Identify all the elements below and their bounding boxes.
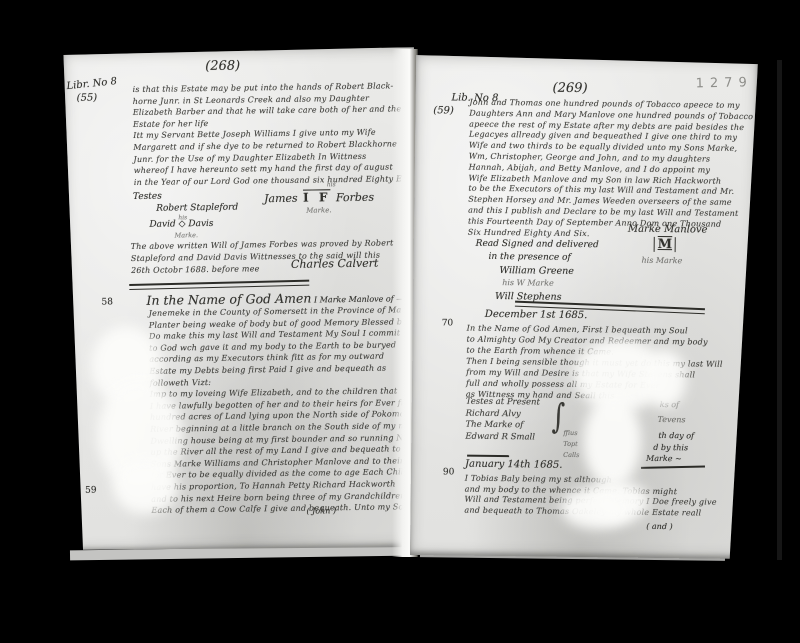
manuscript-text-line: Calls [563,450,579,461]
december-entry-date: December 1st 1685. [485,309,588,321]
testator-mark-glyph: I F [301,190,333,204]
manuscript-text-line: Testes at Present [466,397,540,409]
testes-underline-rule [467,455,509,457]
testator-signature-forbes: James I F Forbes [264,190,374,206]
left-margin-entry-number-58: 58 [101,297,113,307]
testator-last-name: Forbes [336,191,374,205]
manuscript-text-line: Richard Alvy [466,408,540,420]
manuscript-text-line: ffius [563,428,579,439]
microfilm-scan-viewport: (268) Libr. No 8 (55) is that this Estat… [0,0,800,643]
right-margin-entry-number-70: 70 [442,318,454,328]
mark-underline-rule [641,465,705,468]
right-margin-entry-number-90: 90 [443,467,455,477]
edge-fragment-text: th day of [658,431,694,440]
right-catchword: ( and ) [646,522,672,531]
testator-mark-note-bottom: Marke. [306,206,331,214]
testator-mark-note-top: his [327,181,336,188]
left-catchword: ( John ) [306,506,336,515]
right-page: (269) 1279 Lib. No 8 (59) John and Thoma… [410,55,758,559]
pencil-folio-number: 1279 [696,75,753,91]
attestation-line-2: in the presence of [488,252,570,263]
forbes-will-text: is that this Estate may be put into the … [132,80,419,188]
manuscript-text-line: Topt [563,439,579,450]
left-page: (268) Libr. No 8 (55) is that this Estat… [62,47,421,552]
edge-fragment-text: Marke ~ [646,454,682,463]
manlove-will-continuation-text: John and Thomas one hundred pounds of To… [468,98,754,242]
damage-blotch [583,395,642,488]
witness-signature-greene: William Greene [499,265,574,277]
witness-mark-note: his W Marke [502,278,554,288]
edge-fragment-text: Tevens [658,415,686,424]
testator-first-name: James [264,192,298,205]
left-folio-number: (268) [205,59,240,74]
january-entry-date: January 14th 1685. [465,459,563,471]
seal-fragment-text: ffiusToptCalls [563,428,580,461]
signer-mark-glyph: M [654,237,677,252]
opening-continuation: I Marke Manlove of — [311,294,404,304]
left-margin-liber-ref-2: (55) [77,93,98,104]
probate-signer-signature: Charles Calvert [291,257,379,271]
december-testes-text: Testes at PresentRichard AlvyThe Marke o… [465,397,540,444]
manuscript-text-line: The Marke of [465,420,539,432]
right-folio-number: (269) [553,81,588,96]
witness-signature-stapleford: Robert Stapleford [156,203,238,214]
witness-mark-note: Marke. [175,231,199,239]
signer-mark-note: his Marke [641,256,682,265]
right-margin-liber-ref-2: (59) [433,105,454,116]
left-margin-entry-number-59: 59 [85,486,97,496]
testes-label: Testes [133,192,162,202]
manuscript-text-line: Edward R Small [465,431,539,443]
witness-signature-davis: David ◇ Davis [149,219,213,230]
far-right-page-sliver [777,60,782,560]
damage-blotch [560,487,633,530]
attestation-line-1: Read Signed and delivered [476,239,599,251]
signer-signature-manlove: Marke Manlove [628,224,708,236]
edge-fragment-text: d by this [653,443,688,452]
left-margin-liber-ref: Libr. No 8 [66,76,117,92]
